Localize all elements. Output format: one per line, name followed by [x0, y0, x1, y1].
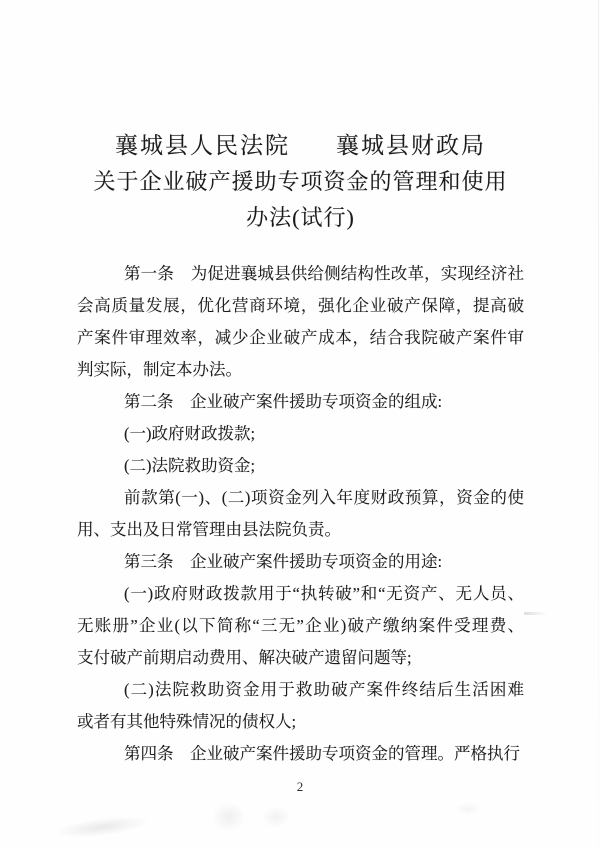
- paragraph-article-3: 第三条 企业破产案件援助专项资金的用途:: [77, 546, 524, 578]
- text-line: 前款第(一)、(二)项资金列入年度财政预算，资金的使: [77, 482, 524, 514]
- text-line: 第一条 为促进襄城县供给侧结构性改革，实现经济社: [77, 258, 524, 290]
- text-line: 会高质量发展，优化营商环境，强化企业破产保障，提高破: [77, 290, 524, 322]
- paragraph-article-1: 第一条 为促进襄城县供给侧结构性改革，实现经济社 会高质量发展，优化营商环境，强…: [77, 258, 524, 386]
- scan-smudge: [524, 612, 548, 615]
- paragraph-budget-note: 前款第(一)、(二)项资金列入年度财政预算，资金的使 用、支出及日常管理由县法院…: [77, 482, 524, 546]
- paragraph-item-2: (二)法院救助资金;: [77, 450, 524, 482]
- text-line: 无账册”企业(以下简称“三无”企业)破产缴纳案件受理费、: [77, 610, 524, 642]
- paragraph-article-4: 第四条 企业破产案件援助专项资金的管理。严格执行: [77, 738, 524, 770]
- document-header: 襄城县人民法院襄城县财政局 关于企业破产援助专项资金的管理和使用 办法(试行): [77, 128, 524, 236]
- text-line: 第三条 企业破产案件援助专项资金的用途:: [77, 546, 524, 578]
- text-line: 第二条 企业破产案件援助专项资金的组成:: [77, 386, 524, 418]
- scan-smudge: [212, 802, 246, 832]
- scan-smudge: [54, 812, 150, 841]
- text-line: (二)法院救助资金用于救助破产案件终结后生活困难: [77, 674, 524, 706]
- text-line: 支付破产前期启动费用、解决破产遗留问题等;: [77, 642, 524, 674]
- paragraph-item-1: (一)政府财政拨款;: [77, 418, 524, 450]
- document-body: 第一条 为促进襄城县供给侧结构性改革，实现经济社 会高质量发展，优化营商环境，强…: [77, 258, 524, 770]
- paragraph-usage-item-1: (一)政府财政拨款用于“执转破”和“无资产、无人员、 无账册”企业(以下简称“三…: [77, 578, 524, 674]
- title-agencies: 襄城县人民法院襄城县财政局: [77, 128, 524, 164]
- text-line: 或者有其他特殊情况的债权人;: [77, 706, 524, 738]
- text-line: 第四条 企业破产案件援助专项资金的管理。严格执行: [77, 738, 524, 770]
- paragraph-usage-item-2: (二)法院救助资金用于救助破产案件终结后生活困难 或者有其他特殊情况的债权人;: [77, 674, 524, 738]
- scan-edge-shadow: [598, 0, 599, 847]
- text-line: (一)政府财政拨款用于“执转破”和“无资产、无人员、: [77, 578, 524, 610]
- text-line: 用、支出及日常管理由县法院负责。: [77, 514, 524, 546]
- document-title: 关于企业破产援助专项资金的管理和使用: [77, 164, 524, 200]
- agency-finance-name: 襄城县财政局: [336, 133, 486, 158]
- text-line: 产案件审理效率，减少企业破产成本，结合我院破产案件审: [77, 322, 524, 354]
- document-title-suffix: 办法(试行): [77, 200, 524, 236]
- scanned-document-page: 襄城县人民法院襄城县财政局 关于企业破产援助专项资金的管理和使用 办法(试行) …: [0, 0, 600, 847]
- text-line: 判实际，制定本办法。: [77, 354, 524, 386]
- page-number: 2: [0, 779, 600, 795]
- agency-court-name: 襄城县人民法院: [115, 133, 290, 158]
- text-line: (二)法院救助资金;: [77, 450, 524, 482]
- scan-smudge: [455, 802, 481, 816]
- text-line: (一)政府财政拨款;: [77, 418, 524, 450]
- scan-smudge: [262, 806, 290, 828]
- paragraph-article-2: 第二条 企业破产案件援助专项资金的组成:: [77, 386, 524, 418]
